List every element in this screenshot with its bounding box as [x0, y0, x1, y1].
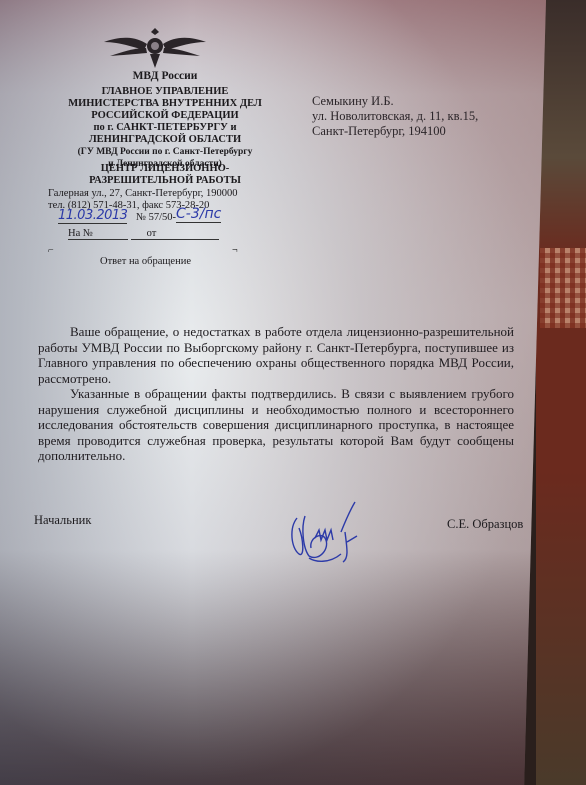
- letter-body: Ваше обращение, о недостатках в работе о…: [38, 324, 514, 464]
- handwritten-number: С-3/пс: [176, 206, 221, 223]
- from-label: от: [131, 228, 219, 240]
- handwritten-signature-icon: [285, 498, 385, 578]
- gingham-pattern: [540, 248, 586, 328]
- reply-to-label: На №: [68, 228, 128, 240]
- body-paragraph: Ваше обращение, о недостатках в работе о…: [38, 324, 514, 386]
- corner-bracket-left: ⌐: [48, 245, 54, 256]
- corner-bracket-right: ¬: [232, 245, 238, 256]
- org-line: РОССИЙСКОЙ ФЕДЕРАЦИИ: [40, 110, 290, 122]
- double-headed-eagle-icon: [100, 26, 210, 70]
- org-full-name: ГЛАВНОЕ УПРАВЛЕНИЕ МИНИСТЕРСТВА ВНУТРЕНН…: [40, 86, 290, 170]
- reference-number: № 57/50-: [136, 212, 176, 223]
- org-address: Галерная ул., 27, Санкт-Петербург, 19000…: [48, 188, 238, 200]
- recipient-block: Семыкину И.Б. ул. Новолитовская, д. 11, …: [312, 94, 478, 139]
- department-line: РАЗРЕШИТЕЛЬНОЙ РАБОТЫ: [40, 175, 290, 187]
- org-line: (ГУ МВД России по г. Санкт-Петербургу: [40, 146, 290, 158]
- department-name: ЦЕНТР ЛИЦЕНЗИОННО- РАЗРЕШИТЕЛЬНОЙ РАБОТЫ: [40, 163, 290, 187]
- signatory-name: С.Е. Образцов: [447, 517, 523, 532]
- subject-line: Ответ на обращение: [100, 256, 191, 267]
- recipient-street: ул. Новолитовская, д. 11, кв.15,: [312, 109, 478, 124]
- handwritten-date: 11.03.2013: [58, 208, 127, 224]
- recipient-name: Семыкину И.Б.: [312, 94, 478, 109]
- body-paragraph: Указанные в обращении факты подтвердилис…: [38, 386, 514, 464]
- org-line: ЛЕНИНГРАДСКОЙ ОБЛАСТИ: [40, 134, 290, 146]
- recipient-city: Санкт-Петербург, 194100: [312, 124, 478, 139]
- signatory-role: Начальник: [34, 513, 91, 528]
- incoming-reference: На № от: [68, 228, 219, 240]
- outgoing-reference: 11.03.2013 № 57/50- С-3/пс: [52, 212, 252, 228]
- org-short-name: МВД России: [40, 70, 290, 82]
- department-line: ЦЕНТР ЛИЦЕНЗИОННО-: [40, 163, 290, 175]
- org-line: МИНИСТЕРСТВА ВНУТРЕННИХ ДЕЛ: [40, 98, 290, 110]
- letter: МВД России ГЛАВНОЕ УПРАВЛЕНИЕ МИНИСТЕРСТ…: [0, 0, 546, 785]
- org-line: по г. САНКТ-ПЕТЕРБУРГУ и: [40, 122, 290, 134]
- org-line: ГЛАВНОЕ УПРАВЛЕНИЕ: [40, 86, 290, 98]
